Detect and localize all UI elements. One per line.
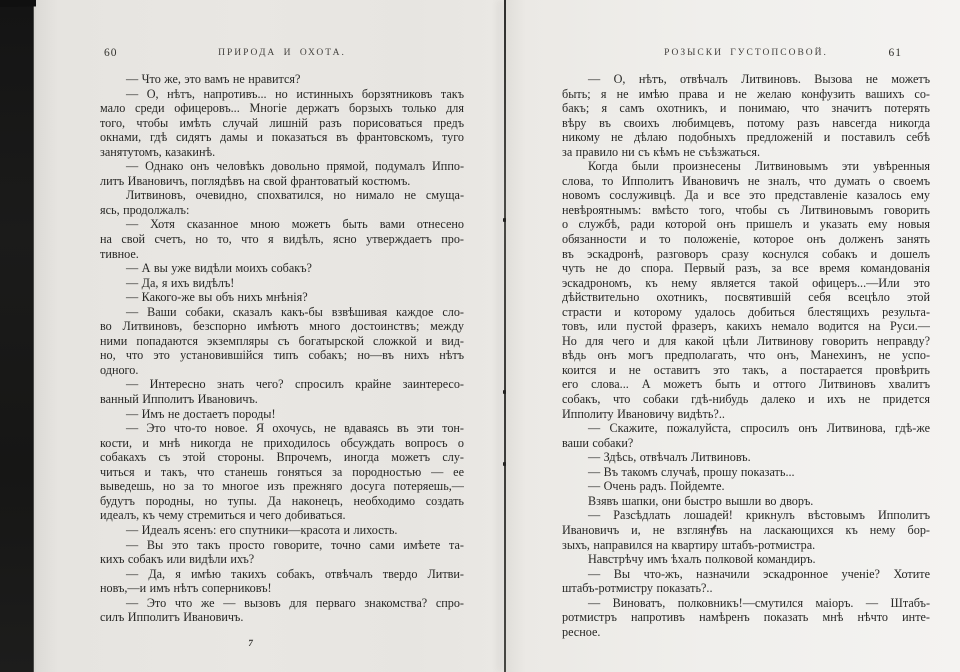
- text-line: — Это что же — вызовъ для перваго знаком…: [100, 596, 464, 611]
- text-line: литъ Ивановичъ, поглядѣвъ на свой франто…: [100, 174, 464, 189]
- text-line: никому не дѣлаю подобныхъ предложеній и …: [562, 130, 930, 145]
- text-line: кости, и мнѣ никогда не приходилось обсу…: [100, 436, 464, 451]
- text-line: слова, то Ипполитъ Ивановичъ не зналъ, ч…: [562, 174, 930, 189]
- text-line: того, чтобы имѣть случай лишній разъ пор…: [100, 116, 464, 131]
- text-line: — Да, я имѣю такихъ собакъ, отвѣчалъ тве…: [100, 567, 464, 582]
- text-line: собакахъ съ этой стороны. Впрочемъ, иног…: [100, 450, 464, 465]
- text-line: во Литвиновъ, безспорно имѣютъ много дос…: [100, 319, 464, 334]
- text-line: ванный Ипполитъ Ивановичъ.: [100, 392, 464, 407]
- text-line: бакъ; я самъ охотникъ, и понимаю, что зн…: [562, 101, 930, 116]
- text-line: штабъ-ротмистру показать?..: [562, 581, 930, 596]
- text-line: ротмистръ напротивъ намѣренъ показать мн…: [562, 610, 930, 625]
- text-line: — Вы это такъ просто говорите, точно сам…: [100, 538, 464, 553]
- text-line: въ эскадронѣ, разговоръ сразу коснулся с…: [562, 247, 930, 262]
- left-page-text: — Что же, это вамъ не нравится?— О, нѣтъ…: [100, 72, 464, 625]
- text-line: кихъ собакъ или видѣли ихъ?: [100, 552, 464, 567]
- text-line: мало среди офицеровъ... Многіе держатъ б…: [100, 101, 464, 116]
- text-line: Литвиновъ, очевидно, спохватился, но ним…: [100, 188, 464, 203]
- text-line: коится и не оставитъ это такъ, а постара…: [562, 363, 930, 378]
- text-line: зыхъ, направился на квартиру штабъ-ротми…: [562, 538, 930, 553]
- text-line: новъ,—и имъ нѣтъ соперниковъ!: [100, 581, 464, 596]
- text-line: но, что это установившійся типъ собакъ; …: [100, 348, 464, 363]
- text-line: выведешь, но за то многое изъ прежняго д…: [100, 479, 464, 494]
- binding-edge: [0, 0, 33, 672]
- text-line: о службѣ, ради которой онъ пришелъ и ука…: [562, 217, 930, 232]
- text-line: — Въ такомъ случаѣ, прошу показать...: [562, 465, 930, 480]
- left-page-column: 60 ПРИРОДА И ОХОТА. — Что же, это вамъ н…: [100, 0, 464, 672]
- right-page: РОЗЫСКИ ГУСТОПСОВОЙ. 61 — О, нѣтъ, отвѣч…: [506, 0, 960, 672]
- text-line: Но для чего и для какой цѣли Литвинову г…: [562, 334, 930, 349]
- text-line: вѣру въ своихъ любимцевъ, потому разъ на…: [562, 116, 930, 131]
- text-line: невѣроятнымъ: вмѣсто того, чтобы съ Литв…: [562, 203, 930, 218]
- page-number-right: 61: [889, 47, 903, 59]
- text-line: — О, нѣтъ, напротивъ... но истинныхъ бор…: [100, 87, 464, 102]
- text-line: вѣдь онъ могъ предполагать, что онъ, Ман…: [562, 348, 930, 363]
- text-line: ними попадаются экземпляры съ богатырско…: [100, 334, 464, 349]
- text-line: — О, нѣтъ, отвѣчалъ Литвиновъ. Вызова не…: [562, 72, 930, 87]
- text-line: — Однако онъ человѣкъ довольно прямой, п…: [100, 159, 464, 174]
- text-line: — Скажите, пожалуйста, спросилъ онъ Литв…: [562, 421, 930, 436]
- text-line: чуть не до спора. Первый разъ, за все вр…: [562, 261, 930, 276]
- page-number-left: 60: [104, 47, 118, 59]
- text-line: — Вы что-жъ, назначили эскадронное учені…: [562, 567, 930, 582]
- text-line: ваши собаки?: [562, 436, 930, 451]
- text-line: дѣйствительно охотникъ, посвятившій себя…: [562, 290, 930, 305]
- text-line: ясь, продолжалъ:: [100, 203, 464, 218]
- text-line: тивное.: [100, 247, 464, 262]
- text-line: одного.: [100, 363, 464, 378]
- text-line: страсти и которому удалось добиться блес…: [562, 305, 930, 320]
- text-line: Взявъ шапки, они быстро вышли во дворъ.: [562, 494, 930, 509]
- text-line: занятутомъ, казакинѣ.: [100, 145, 464, 160]
- text-line: — Интересно знать чего? спросилъ крайне …: [100, 377, 464, 392]
- text-line: — Имъ не достаетъ породы!: [100, 407, 464, 422]
- text-line: обязанности и то положеніе, которое онъ …: [562, 232, 930, 247]
- running-header-right: РОЗЫСКИ ГУСТОПСОВОЙ.: [562, 48, 930, 58]
- text-line: — Очень радъ. Пойдемте.: [562, 479, 930, 494]
- text-line: быть; я не имѣю права и не желаю конфузи…: [562, 87, 930, 102]
- text-line: за правило ни съ кѣмъ не съѣзжаться.: [562, 145, 930, 160]
- left-page-header: 60 ПРИРОДА И ОХОТА.: [100, 48, 464, 62]
- text-line: — Ваши собаки, сказалъ какъ-бы взвѣшивая…: [100, 305, 464, 320]
- text-line: Когда были произнесены Литвиновымъ эти у…: [562, 159, 930, 174]
- text-line: — Какого-же вы объ нихъ мнѣнія?: [100, 290, 464, 305]
- text-line: Ивановичъ и, не взглянувъ на ласкающихся…: [562, 523, 930, 538]
- text-line: идеалъ, къ чему стремиться и чего добива…: [100, 508, 464, 523]
- right-page-text: — О, нѣтъ, отвѣчалъ Литвиновъ. Вызова не…: [562, 72, 930, 639]
- text-line: — Хотя сказанное мною можетъ быть вами о…: [100, 217, 464, 232]
- left-page: 60 ПРИРОДА И ОХОТА. — Что же, это вамъ н…: [36, 0, 504, 672]
- text-line: читься и такъ, что станешь гоняться за п…: [100, 465, 464, 480]
- text-line: будутъ породны, но тупы. Да наконецъ, не…: [100, 494, 464, 509]
- text-line: на свой счетъ, но то, что я видѣлъ, ясно…: [100, 232, 464, 247]
- running-header-left: ПРИРОДА И ОХОТА.: [100, 48, 464, 58]
- text-line: его слова... А можетъ быть и оттого Литв…: [562, 377, 930, 392]
- text-line: силъ Ипполитъ Ивановичъ.: [100, 610, 464, 625]
- text-line: — Идеалъ ясенъ: его спутники—красота и л…: [100, 523, 464, 538]
- text-line: новомъ сослуживцѣ. Да и все это представ…: [562, 188, 930, 203]
- text-line: Ипполиту Ивановичу видѣть?..: [562, 407, 930, 422]
- right-page-header: РОЗЫСКИ ГУСТОПСОВОЙ. 61: [562, 48, 930, 62]
- text-line: — Виноватъ, полковникъ!—смутился маіоръ.…: [562, 596, 930, 611]
- text-line: — Это что-то новое. Я охочусь, не вдавая…: [100, 421, 464, 436]
- text-line: эскадрономъ, къ нему является такой офиц…: [562, 276, 930, 291]
- right-page-column: РОЗЫСКИ ГУСТОПСОВОЙ. 61 — О, нѣтъ, отвѣч…: [562, 0, 930, 672]
- text-line: товъ, или пустой фразеръ, какихъ немало …: [562, 319, 930, 334]
- text-line: — Да, я ихъ видѣлъ!: [100, 276, 464, 291]
- text-line: — А вы уже видѣли моихъ собакъ?: [100, 261, 464, 276]
- text-line: Навстрѣчу имъ ѣхалъ полковой командиръ.: [562, 552, 930, 567]
- text-line: собакъ, что собаки гдѣ-нибудь далеко и и…: [562, 392, 930, 407]
- text-line: ресное.: [562, 625, 930, 640]
- text-line: — Разсѣдлать лошадей! крикнулъ вѣстовымъ…: [562, 508, 930, 523]
- book-scan-spread: 60 ПРИРОДА И ОХОТА. — Что же, это вамъ н…: [0, 0, 960, 672]
- text-line: — Здѣсь, отвѣчалъ Литвиновъ.: [562, 450, 930, 465]
- text-line: — Что же, это вамъ не нравится?: [100, 72, 464, 87]
- text-line: окнами, гдѣ сидятъ дамы и показаться въ …: [100, 130, 464, 145]
